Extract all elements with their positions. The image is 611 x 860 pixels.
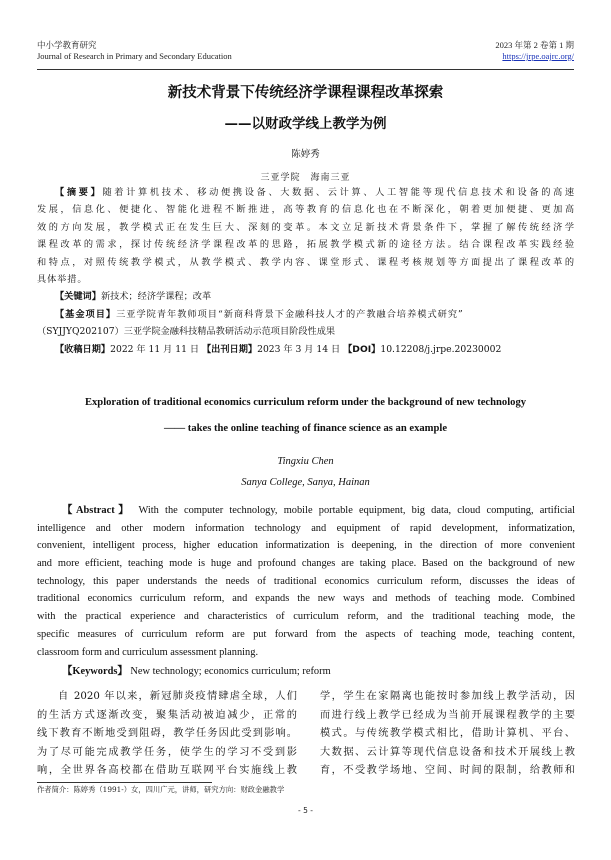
abstract-cn-line: 发展，信息化、便捷化、智能化进程不断推进，高等教育的信息化也在不断深化，朝着更加… [37, 201, 575, 218]
keywords-en-label: 【Keywords】 [62, 666, 128, 677]
abstract-en-label: 【Abstract】 [62, 505, 132, 516]
journal-name-en: Journal of Research in Primary and Secon… [37, 51, 232, 62]
keywords-en-text: New technology; economics curriculum; re… [128, 666, 331, 677]
abstract-cn-line: 具体举措。 [37, 271, 575, 288]
abstract-en-line: technology, this paper understands the n… [37, 573, 575, 591]
author-footnote: 作者简介：陈婷秀（1991-）女，四川广元，讲师，研究方向：财政金融教学 [37, 785, 284, 795]
abstract-cn-label: 【摘要】 [55, 187, 102, 198]
received-date: 2022 年 11 月 11 日 [110, 344, 199, 355]
abstract-en-line: and more efficient, teaching mode is hug… [37, 555, 575, 573]
paper-subtitle-en: —— takes the online teaching of finance … [0, 423, 611, 434]
abstract-en-line: intelligence and other modern informatio… [37, 520, 575, 538]
published-label: 【出刊日期】 [202, 344, 257, 355]
body-line: 模式。与传统教学模式相比，借助计算机、平台、 [320, 725, 575, 744]
body-line: 而进行线上教学已经成为当前开展课程教学的主要 [320, 707, 575, 726]
keywords-cn: 【关键词】新技术；经济学课程；改革 [37, 288, 575, 306]
body-column-left: 自 2020 年以来，新冠肺炎疫情肆虐全球，人们 的生活方式逐渐改变，聚集活动被… [37, 688, 297, 781]
running-header: 中小学教育研究 Journal of Research in Primary a… [37, 40, 574, 70]
issue-info: 2023 年第 2 卷第 1 期 https://jrpe.oajrc.org/ [495, 40, 574, 62]
keywords-en: 【Keywords】 New technology; economics cur… [62, 662, 331, 677]
received-label: 【收稿日期】 [55, 344, 110, 355]
abstract-cn-line: 课程改革的需求，探讨传统经济学课程改革的思路，拓展教学模式新的途径方法。结合课程… [37, 236, 575, 253]
affiliation-cn: 三亚学院 海南三亚 [0, 170, 611, 183]
abstract-cn-line: 和特点，对照传统教学模式，从教学模式、教学内容、课堂形式、课程考核规划等方面提出… [37, 254, 575, 271]
author-en: Tingxiu Chen [0, 456, 611, 467]
body-line: 学，学生在家隔离也能按时参加线上教学活动，因 [320, 688, 575, 707]
abstract-en-line: with the practical experience and charac… [37, 608, 575, 626]
affiliation-en: Sanya College, Sanya, Hainan [0, 477, 611, 488]
abstract-en-line: convenient, intelligent process, higher … [37, 537, 575, 555]
body-line: 大数据、云计算等现代信息设备和技术开展线上教 [320, 744, 575, 763]
body-line: 育，不受教学场地、空间、时间的限制，给教师和 [320, 762, 575, 781]
funding-continued: （SYJJYQ202107）三亚学院金融科技精品教研活动示范项目阶段性成果 [37, 323, 575, 341]
article-metadata: 【关键词】新技术；经济学课程；改革 【基金项目】三亚学院青年教师项目“新商科背景… [37, 288, 575, 358]
abstract-cn-line: 【摘要】随着计算机技术、移动便携设备、大数据、云计算、人工智能等现代信息技术和设… [37, 184, 575, 201]
funding: 【基金项目】三亚学院青年教师项目“新商科背景下金融科技人才的产教融合培养模式研究… [37, 306, 575, 324]
body-line: 响，全世界各高校都在借助互联网平台实施线上教 [37, 762, 297, 781]
abstract-cn: 【摘要】随着计算机技术、移动便携设备、大数据、云计算、人工智能等现代信息技术和设… [37, 184, 575, 288]
body-line: 自 2020 年以来，新冠肺炎疫情肆虐全球，人们 [37, 688, 297, 707]
dates-doi: 【收稿日期】2022 年 11 月 11 日 【出刊日期】2023 年 3 月 … [37, 341, 575, 359]
paper-subtitle-cn: ——以财政学线上教学为例 [0, 112, 611, 132]
abstract-en-line: traditional economics curriculum reform,… [37, 590, 575, 608]
paper-title-en: Exploration of traditional economics cur… [0, 397, 611, 408]
body-line: 线下教育不断地受到阻碍，教学任务因此受到影响。 [37, 725, 297, 744]
body-column-right: 学，学生在家隔离也能按时参加线上教学活动，因 而进行线上教学已经成为当前开展课程… [320, 688, 575, 781]
abstract-en-line: classroom form and curriculum assessment… [37, 644, 575, 662]
journal-name-cn: 中小学教育研究 [37, 40, 232, 51]
page-number: - 5 - [0, 806, 611, 815]
funding-text: 三亚学院青年教师项目“新商科背景下金融科技人才的产教融合培养模式研究” [116, 309, 464, 320]
body-line: 的生活方式逐渐改变，聚集活动被迫减少，正常的 [37, 707, 297, 726]
paper-title-cn: 新技术背景下传统经济学课程课程改革探索 [0, 81, 611, 102]
doi-label: 【DOI】 [343, 344, 380, 355]
body-line: 为了尽可能完成教学任务，使学生的学习不受到影 [37, 744, 297, 763]
keywords-cn-label: 【关键词】 [55, 291, 101, 302]
footnote-divider [37, 782, 212, 783]
journal-url-link[interactable]: https://jrpe.oajrc.org/ [502, 51, 574, 61]
issue-number: 2023 年第 2 卷第 1 期 [495, 40, 574, 51]
published-date: 2023 年 3 月 14 日 [257, 344, 340, 355]
abstract-en-line: specific measures of curriculum reform a… [37, 626, 575, 644]
abstract-cn-line: 效的方向发展，教学模式正在发生巨大、深刻的变革。本文立足新技术背景条件下，掌握了… [37, 219, 575, 236]
abstract-en-line: 【Abstract】 With the computer technology,… [37, 502, 575, 520]
keywords-cn-text: 新技术；经济学课程；改革 [101, 291, 211, 302]
doi-value: 10.12208/j.jrpe.20230002 [380, 344, 501, 355]
abstract-en: 【Abstract】 With the computer technology,… [37, 502, 575, 661]
funding-label: 【基金项目】 [55, 309, 116, 320]
journal-name: 中小学教育研究 Journal of Research in Primary a… [37, 40, 232, 62]
author-cn: 陈婷秀 [0, 146, 611, 160]
